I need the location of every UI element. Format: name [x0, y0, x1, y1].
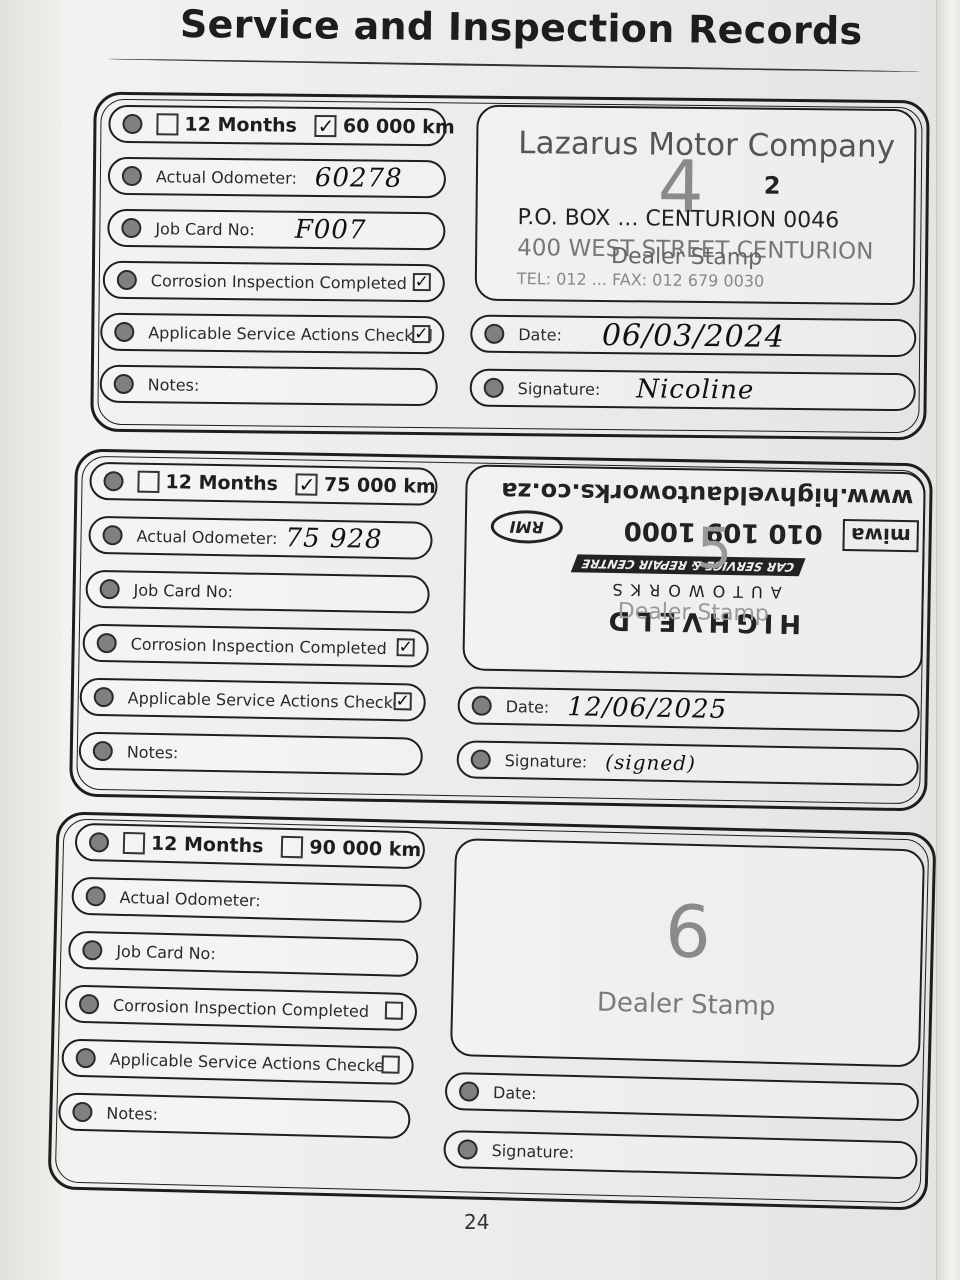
- months-label: 12 Months: [151, 833, 264, 858]
- signature-label: Signature:: [518, 379, 601, 399]
- service-actions-row: Applicable Service Actions Checked ✓: [79, 678, 426, 722]
- radio-dot-icon: [99, 579, 119, 599]
- corrosion-inspection-row: Corrosion Inspection Completed ✓: [82, 624, 429, 668]
- radio-dot-icon: [484, 378, 504, 398]
- radio-dot-icon: [459, 1081, 479, 1101]
- stamp-line2: 2: [764, 172, 781, 200]
- service-actions-row: Applicable Service Actions Checked: [61, 1039, 414, 1086]
- checkmark-icon: ✓: [414, 326, 428, 343]
- date-field[interactable]: Date: 06/03/2024: [470, 315, 916, 358]
- corrosion-label: Corrosion Inspection Completed: [113, 995, 369, 1020]
- months-label: 12 Months: [165, 471, 278, 495]
- stamp-po-box: P.O. BOX ... CENTURION 0046: [517, 205, 839, 233]
- signature-label: Signature:: [491, 1141, 574, 1162]
- signature-field[interactable]: Signature: Nicoline: [470, 369, 916, 412]
- job-card-label: Job Card No:: [155, 219, 255, 239]
- notes-label: Notes:: [148, 375, 200, 395]
- checkmark-icon: ✓: [415, 274, 429, 291]
- corrosion-inspection-row: Corrosion Inspection Completed: [65, 985, 418, 1032]
- months-checkbox[interactable]: [123, 832, 146, 855]
- dealer-stamp-area: 6 Dealer Stamp: [450, 838, 925, 1067]
- notes-field[interactable]: Notes:: [100, 365, 438, 407]
- radio-dot-icon: [102, 525, 122, 545]
- radio-dot-icon: [82, 940, 102, 960]
- job-card-label: Job Card No:: [133, 580, 233, 601]
- radio-dot-icon: [121, 218, 141, 238]
- checkmark-icon: ✓: [317, 116, 334, 136]
- notes-field[interactable]: Notes:: [78, 732, 423, 776]
- radio-dot-icon: [117, 270, 137, 290]
- corrosion-checkbox[interactable]: ✓: [397, 638, 415, 656]
- stamp-number: 6: [454, 884, 922, 979]
- corrosion-label: Corrosion Inspection Completed: [131, 634, 387, 657]
- odometer-field[interactable]: Actual Odometer:: [71, 877, 422, 924]
- radio-dot-icon: [114, 374, 134, 394]
- date-field[interactable]: Date: 12/06/2025: [457, 686, 920, 732]
- radio-dot-icon: [457, 1139, 477, 1159]
- corrosion-checkbox[interactable]: [385, 1001, 403, 1019]
- checkmark-icon: ✓: [395, 693, 410, 710]
- notes-label: Notes:: [106, 1103, 158, 1123]
- service-actions-label: Applicable Service Actions Checked: [109, 1049, 394, 1075]
- radio-dot-icon: [122, 114, 142, 134]
- odometer-field[interactable]: Actual Odometer: 75 928: [88, 516, 433, 560]
- radio-dot-icon: [85, 886, 105, 906]
- odometer-value: 60278: [315, 163, 403, 194]
- stamp-number: 5: [506, 513, 923, 585]
- dealer-stamp-area: Lazarus Motor Company 4 2 P.O. BOX ... C…: [475, 105, 917, 306]
- odometer-field[interactable]: Actual Odometer: 60278: [108, 157, 446, 199]
- corrosion-label: Corrosion Inspection Completed: [151, 271, 407, 293]
- km-label: 90 000 km: [309, 836, 421, 861]
- notes-label: Notes:: [127, 742, 179, 762]
- odometer-label: Actual Odometer:: [156, 167, 297, 187]
- signature-value: (signed): [605, 750, 696, 776]
- signature-field[interactable]: Signature: (signed): [456, 740, 919, 786]
- signature-label: Signature:: [505, 751, 588, 771]
- months-checkbox[interactable]: [156, 113, 178, 135]
- radio-dot-icon: [471, 749, 491, 769]
- radio-dot-icon: [72, 1102, 92, 1122]
- job-card-field[interactable]: Job Card No:: [68, 931, 419, 978]
- service-record-75000km: 12 Months ✓ 75 000 km Actual Odometer: 7…: [69, 449, 933, 812]
- checkmark-icon: ✓: [298, 474, 315, 494]
- job-card-field[interactable]: Job Card No:: [85, 570, 430, 614]
- service-actions-row: Applicable Service Actions Checked ✓: [100, 313, 444, 355]
- radio-dot-icon: [472, 696, 492, 716]
- stamp-dealer-label: Dealer Stamp: [611, 244, 762, 271]
- radio-dot-icon: [103, 471, 123, 491]
- service-record-60000km: 12 Months ✓ 60 000 km Actual Odometer: 6…: [90, 92, 930, 441]
- date-label: Date:: [506, 697, 550, 717]
- radio-dot-icon: [94, 687, 114, 707]
- radio-dot-icon: [79, 994, 99, 1014]
- radio-dot-icon: [114, 322, 134, 342]
- radio-dot-icon: [484, 324, 504, 344]
- date-label: Date:: [518, 325, 562, 344]
- months-label: 12 Months: [184, 114, 297, 137]
- job-card-field[interactable]: Job Card No: F007: [107, 209, 445, 251]
- date-field[interactable]: Date:: [445, 1072, 920, 1122]
- dealer-stamp-area: www.highveldautoworks.co.za 010 109 1000…: [462, 464, 926, 678]
- radio-dot-icon: [97, 633, 117, 653]
- km-label: 75 000 km: [324, 474, 436, 498]
- date-value: 06/03/2024: [602, 317, 785, 354]
- date-label: Date:: [493, 1083, 537, 1103]
- corrosion-checkbox[interactable]: ✓: [413, 273, 431, 291]
- km-checkbox[interactable]: [281, 836, 304, 859]
- stamp-dealer-label: Dealer Stamp: [453, 984, 920, 1025]
- interval-row: 12 Months 90 000 km: [75, 823, 426, 870]
- service-actions-label: Applicable Service Actions Checked: [128, 688, 413, 712]
- radio-dot-icon: [75, 1048, 95, 1068]
- title-divider: [108, 58, 920, 73]
- page-title: Service and Inspection Records: [180, 2, 863, 53]
- signature-field[interactable]: Signature:: [443, 1130, 918, 1180]
- service-actions-checkbox[interactable]: [381, 1055, 399, 1073]
- corrosion-inspection-row: Corrosion Inspection Completed ✓: [103, 261, 445, 303]
- radio-dot-icon: [122, 166, 142, 186]
- km-checkbox[interactable]: ✓: [296, 473, 318, 495]
- stamp-website: www.highveldautoworks.co.za: [501, 477, 914, 512]
- page-number: 24: [464, 1210, 489, 1234]
- radio-dot-icon: [89, 832, 109, 852]
- odometer-label: Actual Odometer:: [119, 887, 260, 909]
- service-actions-label: Applicable Service Actions Checked: [148, 323, 433, 345]
- job-card-label: Job Card No:: [116, 941, 216, 962]
- signature-value: Nicoline: [636, 374, 754, 405]
- next-page-edge: [936, 0, 960, 1280]
- checkmark-icon: ✓: [398, 639, 413, 656]
- date-value: 12/06/2025: [567, 692, 727, 725]
- radio-dot-icon: [93, 741, 113, 761]
- service-actions-checkbox[interactable]: ✓: [412, 325, 430, 343]
- km-checkbox[interactable]: ✓: [315, 115, 337, 137]
- odometer-value: 75 928: [285, 523, 382, 555]
- notes-field[interactable]: Notes:: [58, 1092, 411, 1139]
- odometer-label: Actual Odometer:: [136, 526, 277, 547]
- job-card-value: F007: [295, 215, 367, 246]
- stamp-tel: TEL: 012 ... FAX: 012 679 0030: [517, 269, 765, 291]
- service-actions-checkbox[interactable]: ✓: [394, 692, 412, 710]
- interval-row: 12 Months ✓ 75 000 km: [89, 462, 438, 506]
- service-record-90000km: 12 Months 90 000 km Actual Odometer: Job…: [48, 811, 937, 1210]
- months-checkbox[interactable]: [137, 471, 159, 493]
- km-label: 60 000 km: [343, 115, 455, 138]
- interval-row: 12 Months ✓ 60 000 km: [108, 105, 446, 147]
